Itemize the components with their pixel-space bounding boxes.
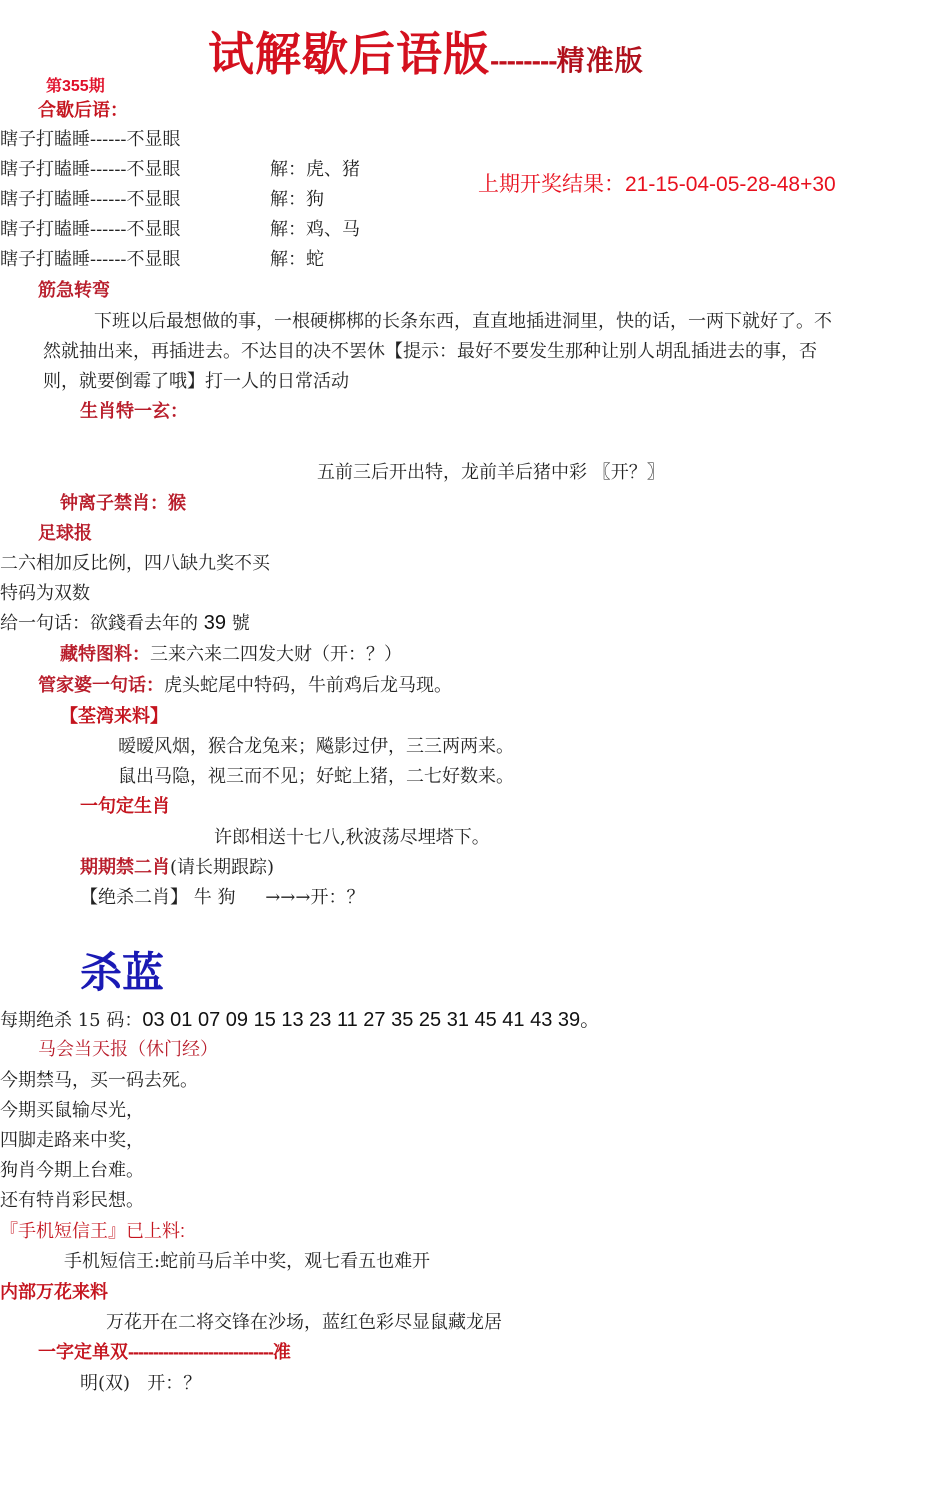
kill-blue-label: 每期绝杀 15 码： <box>0 1010 142 1031</box>
xiehouyu-heading: 合歇后语： <box>38 96 128 122</box>
last-draw-result: 上期开奖结果：21-15-04-05-28-48+30 <box>478 168 836 198</box>
odd-even-suffix: 准 <box>273 1342 291 1362</box>
horse-club-line: 狗肖今期上台难。 <box>0 1156 144 1182</box>
hidden-chart-label: 藏特图料： <box>60 644 150 665</box>
odd-even-heading: 一字定单双 <box>38 1342 128 1362</box>
two-ban-line: 【绝杀二肖】 牛 狗 →→→开：？ <box>80 883 364 909</box>
horse-club-line: 今期买鼠输尽光， <box>0 1096 144 1122</box>
two-ban-heading: 期期禁二肖 <box>80 857 170 878</box>
housekeeper-value: 虎头蛇尾中特码，牛前鸡后龙马现。 <box>164 675 452 696</box>
two-ban-label: 【绝杀二肖】 <box>80 887 188 908</box>
two-ban-heading-line: 期期禁二肖(请长期跟踪) <box>80 853 274 879</box>
riddle-line: 下班以后最想做的事，一根硬梆梆的长条东西，直直地插进洞里，快的话，一两下就好了。… <box>94 307 832 333</box>
one-sentence-text: 许郎相送十七八,秋波荡尽埋塔下。 <box>214 823 490 849</box>
xiehouyu-row: 瞎子打瞌睡------不显眼 <box>0 155 181 181</box>
sms-king-text: 手机短信王:蛇前马后羊中奖，观七看五也难开 <box>64 1247 430 1273</box>
horse-club-heading: 马会当天报（休门经） <box>38 1035 218 1061</box>
xiehouyu-row: 瞎子打瞌睡------不显眼 <box>0 185 181 211</box>
football-line: 二六相加反比例，四八缺九奖不买 <box>0 549 270 575</box>
quanwan-heading: 【荃湾来料】 <box>60 702 168 728</box>
sms-king-heading: 『手机短信王』已上料: <box>0 1217 185 1243</box>
title-dash: -------- <box>490 45 557 76</box>
page-title: 试解歇后语版--------精准版 <box>208 18 644 84</box>
two-ban-arrow: →→→开：？ <box>265 887 364 908</box>
two-ban-note: (请长期跟踪) <box>170 857 274 878</box>
kill-blue-line: 每期绝杀 15 码：03 01 07 09 15 13 23 11 27 35 … <box>0 1003 600 1032</box>
zhongli-value: 猴 <box>168 493 186 514</box>
one-line-suffix: 號 <box>226 613 250 634</box>
xiehouyu-row: 瞎子打瞌睡------不显眼 <box>0 125 181 151</box>
zhongli-label: 钟离子禁肖： <box>60 493 168 514</box>
horse-club-line: 还有特肖彩民想。 <box>0 1186 144 1212</box>
last-result-label: 上期开奖结果： <box>478 173 625 196</box>
one-sentence-heading: 一句定生肖 <box>80 792 170 818</box>
odd-even-heading-line: 一字定单双-----------------------------准 <box>38 1338 291 1364</box>
odd-even-dash: ----------------------------- <box>128 1342 273 1362</box>
kill-blue-title: 杀蓝 <box>80 940 164 1000</box>
horse-club-line: 四脚走路来中奖， <box>0 1126 144 1152</box>
riddle-line: 则，就要倒霉了哦】打一人的日常活动 <box>43 367 349 393</box>
xiehouyu-answer: 解：鸡、马 <box>270 215 360 241</box>
horse-club-line: 今期禁马，买一码去死。 <box>0 1066 198 1092</box>
zodiac-special-heading: 生肖特一玄： <box>80 397 188 423</box>
kill-blue-numbers: 03 01 07 09 15 13 23 11 27 35 25 31 45 4… <box>142 1009 600 1031</box>
title-subtitle: 精准版 <box>557 45 644 76</box>
odd-even-text: 明(双) 开：？ <box>80 1369 201 1395</box>
one-line-number: 39 <box>204 612 226 634</box>
xiehouyu-row: 瞎子打瞌睡------不显眼 <box>0 215 181 241</box>
football-one-line: 给一句话：欲錢看去年的 39 號 <box>0 609 250 635</box>
last-result-value: 21-15-04-05-28-48+30 <box>625 173 836 196</box>
quanwan-line: 暧暧风烟，猴合龙兔来；飚影过伊，三三两两来。 <box>118 732 514 758</box>
housekeeper-line: 管家婆一句话：虎头蛇尾中特码，牛前鸡后龙马现。 <box>38 671 452 697</box>
quanwan-line: 鼠出马隐，视三而不见；好蛇上猪，二七好数来。 <box>118 762 514 788</box>
one-line-label: 给一句话：欲錢看去年的 <box>0 613 204 634</box>
hidden-chart-value: 三来六来二四发大财（开：？） <box>150 644 402 665</box>
zodiac-special-text: 五前三后开出特，龙前羊后猪中彩 〖开？〗 <box>317 458 665 484</box>
wanhua-heading: 内部万花来料 <box>0 1278 108 1304</box>
zhongli-ban: 钟离子禁肖：猴 <box>60 489 186 515</box>
title-main: 试解歇后语版 <box>208 28 490 80</box>
riddle-line: 然就抽出来，再插进去。不达目的决不罢休【提示：最好不要发生那种让别人胡乱插进去的… <box>43 337 817 363</box>
xiehouyu-answer: 解：蛇 <box>270 245 324 271</box>
xiehouyu-answer: 解：虎、猪 <box>270 155 360 181</box>
riddle-heading: 筋急转弯 <box>38 276 110 302</box>
xiehouyu-row: 瞎子打瞌睡------不显眼 <box>0 245 181 271</box>
hidden-chart: 藏特图料：三来六来二四发大财（开：？） <box>60 640 402 666</box>
wanhua-text: 万花开在二将交锋在沙场，蓝红色彩尽显鼠藏龙居 <box>106 1308 502 1334</box>
issue-number: 第355期 <box>46 73 105 96</box>
housekeeper-label: 管家婆一句话： <box>38 675 164 696</box>
football-line: 特码为双数 <box>0 579 90 605</box>
football-heading: 足球报 <box>38 519 92 545</box>
two-ban-value: 牛 狗 <box>194 887 236 908</box>
xiehouyu-answer: 解：狗 <box>270 185 324 211</box>
